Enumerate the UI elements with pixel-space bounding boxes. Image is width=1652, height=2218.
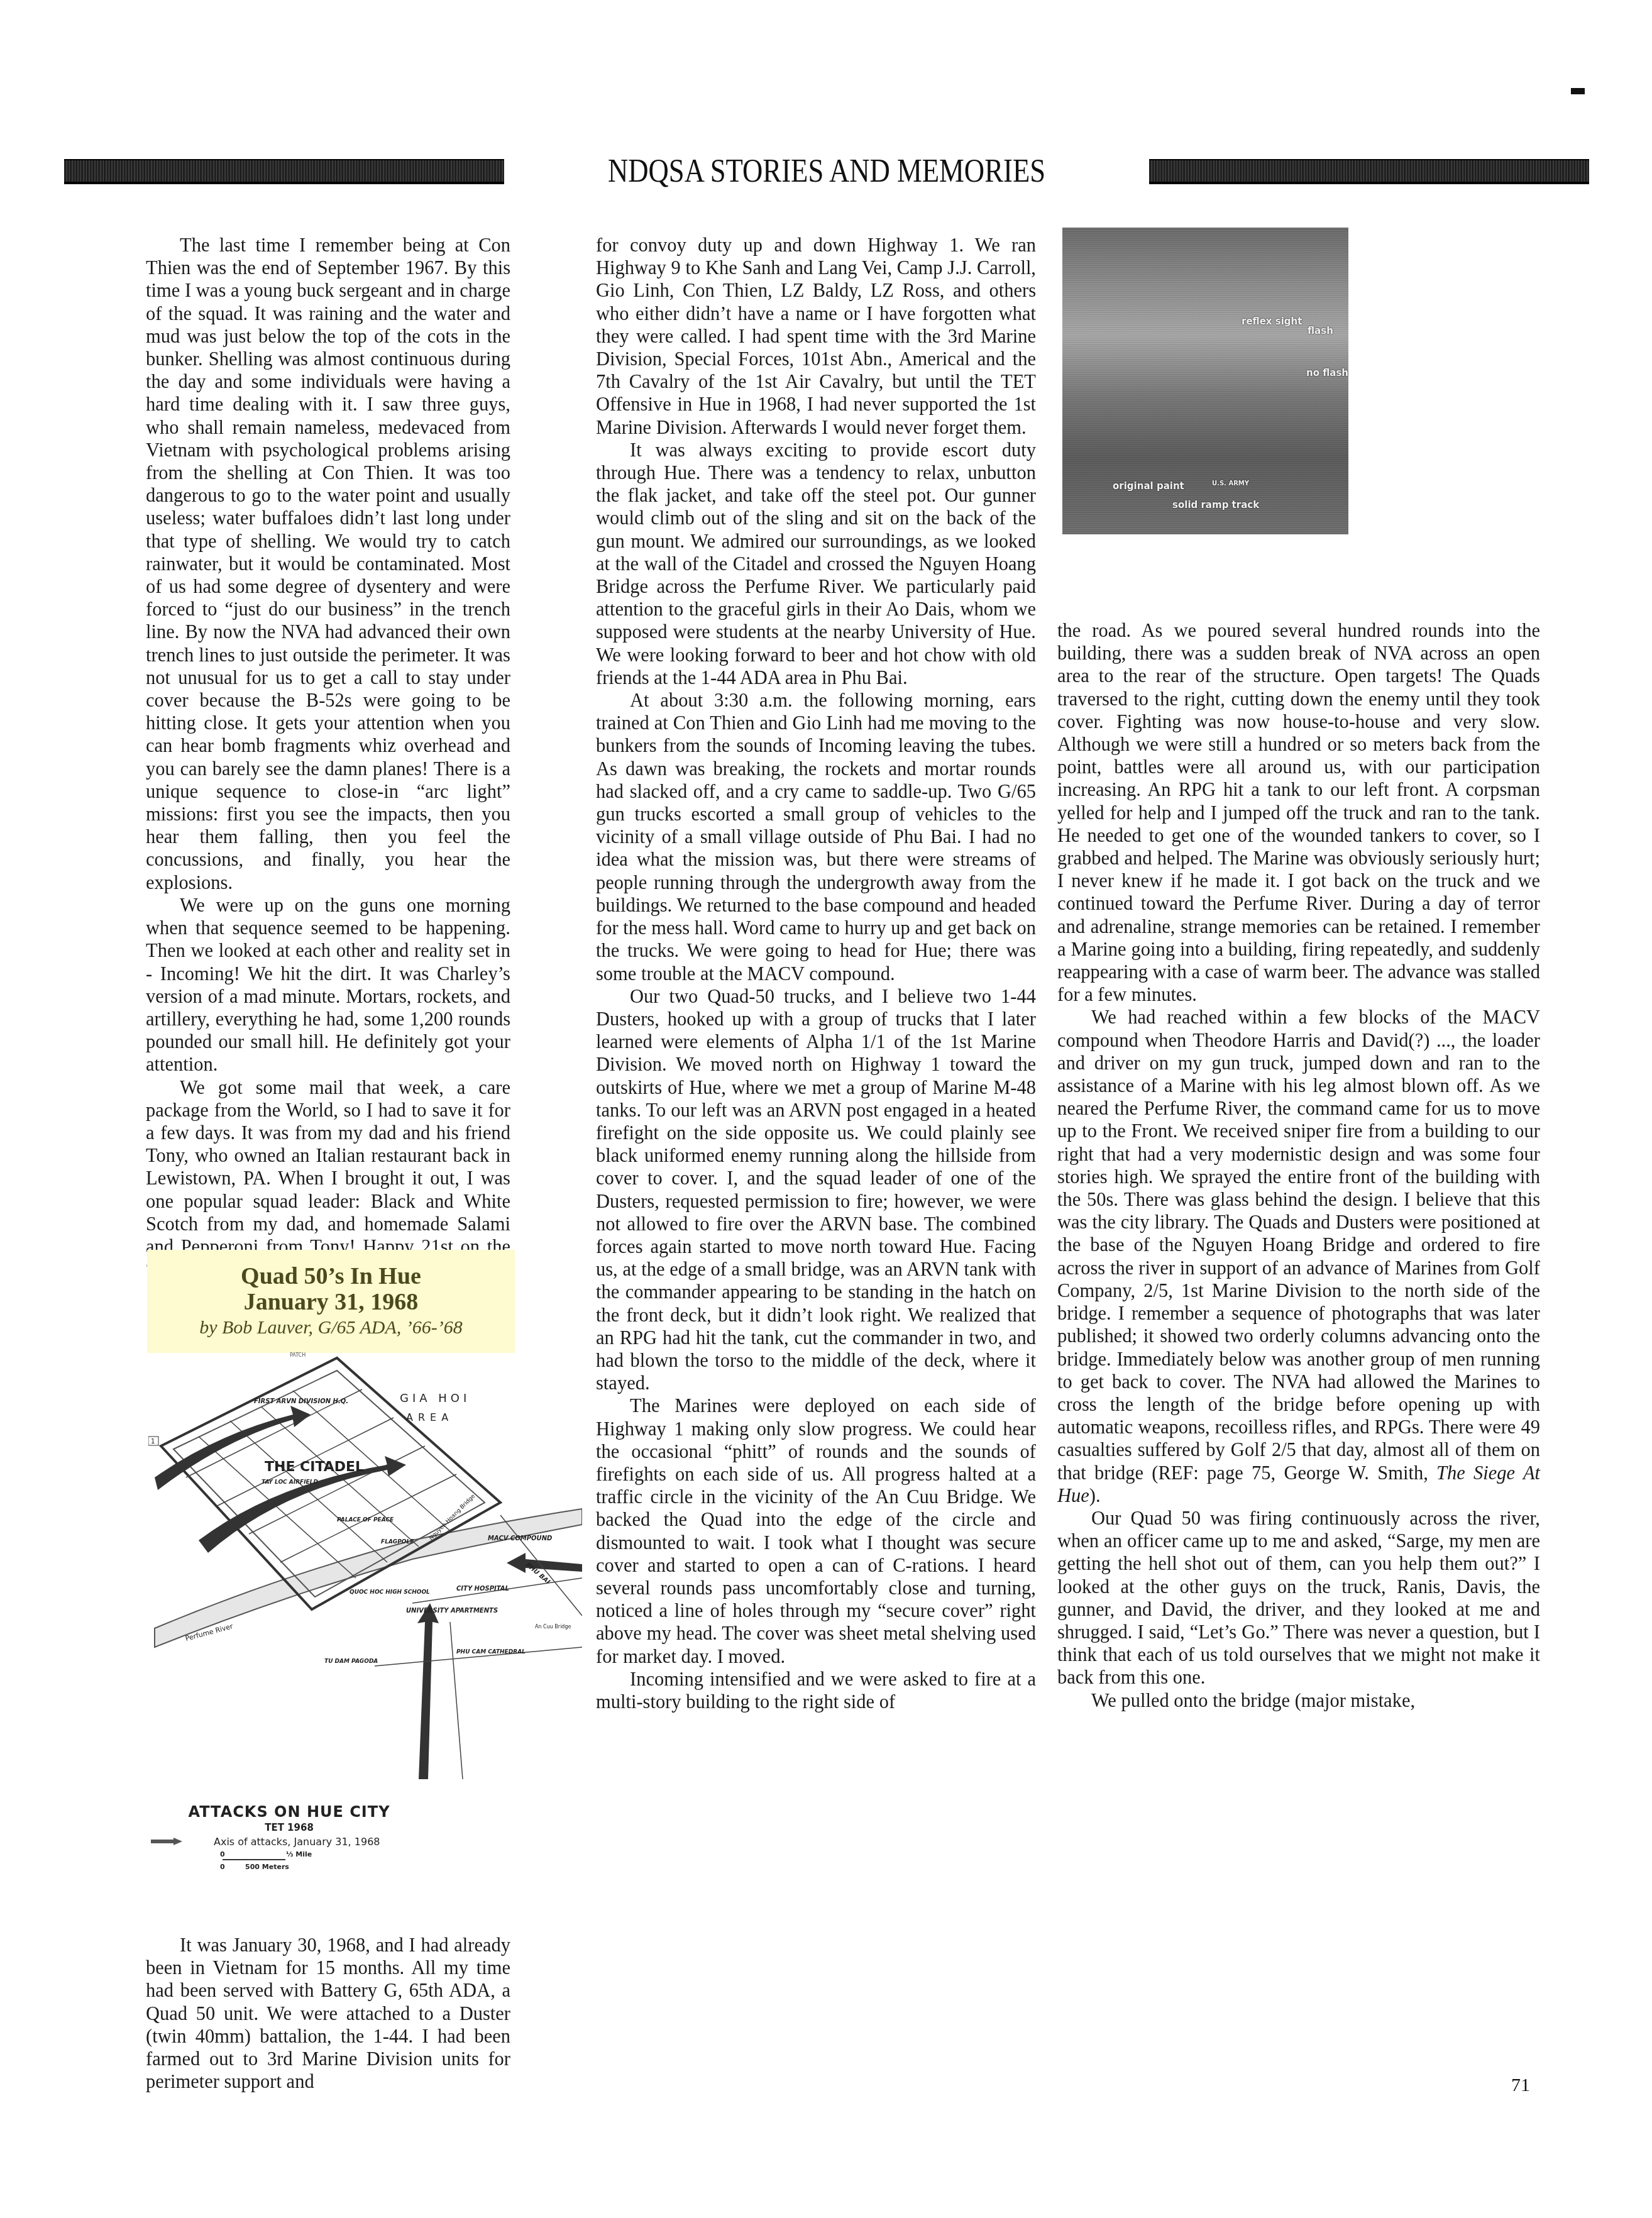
map-legend-arrow-label: Axis of attacks, January 31, 1968 (214, 1836, 380, 1848)
column-3: the road. As we poured several hundred r… (1057, 619, 1540, 1712)
map-label-quoc-hoc: QUOC HOC HIGH SCHOOL (350, 1589, 430, 1596)
paragraph: Our Quad 50 was firing continuously acro… (1057, 1507, 1540, 1689)
map-label-city-hospital: CITY HOSPITAL (456, 1586, 509, 1592)
attack-arrow-icon (151, 1838, 182, 1845)
map-scale-bar: 0 ⅓ Mile 0 500 Meters (182, 1850, 396, 1875)
quad-50-photo: reflex sight flash no flash original pai… (1062, 228, 1348, 534)
section-title: NDQSA STORIES AND MEMORIES (549, 157, 1104, 186)
paragraph: The last time I remember being at Con Th… (146, 234, 510, 894)
map-label-patch: PATCH (290, 1352, 306, 1358)
article-date: January 31, 1968 (147, 1289, 515, 1315)
paragraph: Our two Quad-50 trucks, and I believe tw… (596, 985, 1036, 1395)
map-legend-arrow-row: Axis of attacks, January 31, 1968 (182, 1836, 396, 1848)
section-header: NDQSA STORIES AND MEMORIES (64, 157, 1589, 186)
map-legend-subtitle: TET 1968 (182, 1822, 396, 1833)
map-label-phu-cam: PHU CAM CATHEDRAL (456, 1649, 526, 1655)
map-label-an-cuu: An Cuu Bridge (535, 1624, 571, 1630)
paragraph: We pulled onto the bridge (major mistake… (1057, 1689, 1540, 1712)
column-1-continued: It was January 30, 1968, and I had alrea… (146, 1934, 510, 2093)
paragraph: It was always exciting to provide escort… (596, 439, 1036, 689)
map-legend: ATTACKS ON HUE CITY TET 1968 Axis of att… (182, 1803, 396, 1875)
paragraph: The Marines were deployed on each side o… (596, 1394, 1036, 1667)
map-label-university: UNIVERSITY APARTMENTS (406, 1608, 498, 1614)
map-label-tay-loc: TAY LOC AIRFIELD (262, 1479, 318, 1486)
paragraph: It was January 30, 1968, and I had alrea… (146, 1934, 510, 2093)
hue-city-map: FIRST ARVN DIVISION H.Q. GIA HOI AREA TH… (148, 1352, 582, 1855)
photo-label-flash: flash (1308, 325, 1333, 336)
column-2: for convoy duty up and down Highway 1. W… (596, 234, 1036, 1713)
map-label-citadel: THE CITADEL (265, 1459, 364, 1475)
map-label-area: AREA (406, 1411, 453, 1423)
photo-label-reflex-sight: reflex sight (1242, 316, 1302, 327)
map-label-gia-hoi: GIA HOI (400, 1392, 470, 1405)
map-label-tu-dam: TU DAM PAGODA (324, 1658, 378, 1665)
map-label-palace: PALACE OF PEACE (337, 1517, 394, 1523)
map-label-flagpole: FLAGPOLE (381, 1539, 414, 1545)
map-highway-shield: 1 (151, 1438, 155, 1445)
photo-label-original-paint: original paint (1113, 480, 1184, 492)
paragraph: At about 3:30 a.m. the following morning… (596, 689, 1036, 985)
photo-label-solid-ramp-track: solid ramp track (1172, 499, 1259, 510)
paragraph: We were up on the guns one morning when … (146, 894, 510, 1076)
photo-label-no-flash: no flash (1306, 367, 1348, 378)
header-bar-right (1149, 159, 1589, 184)
map-label-first-arvn: FIRST ARVN DIVISION H.Q. (254, 1398, 348, 1405)
column-1: The last time I remember being at Con Th… (146, 234, 510, 1281)
article-title-box: Quad 50’s In Hue January 31, 1968 by Bob… (147, 1250, 515, 1353)
map-label-macv: MACV COMPOUND (488, 1535, 552, 1542)
paragraph: the road. As we poured several hundred r… (1057, 619, 1540, 1006)
registration-mark (1571, 88, 1585, 94)
paragraph: We had reached within a few blocks of th… (1057, 1006, 1540, 1506)
article-title: Quad 50’s In Hue (147, 1264, 515, 1289)
paragraph: Incoming intensified and we were asked t… (596, 1668, 1036, 1713)
photo-label-us-army: U.S. ARMY (1212, 480, 1249, 487)
article-byline: by Bob Lauver, G/65 ADA, ’66-’68 (147, 1315, 515, 1340)
header-bar-left (64, 159, 504, 184)
map-legend-title: ATTACKS ON HUE CITY (182, 1803, 396, 1821)
paragraph: for convoy duty up and down Highway 1. W… (596, 234, 1036, 439)
page-number: 71 (1511, 2075, 1530, 2096)
